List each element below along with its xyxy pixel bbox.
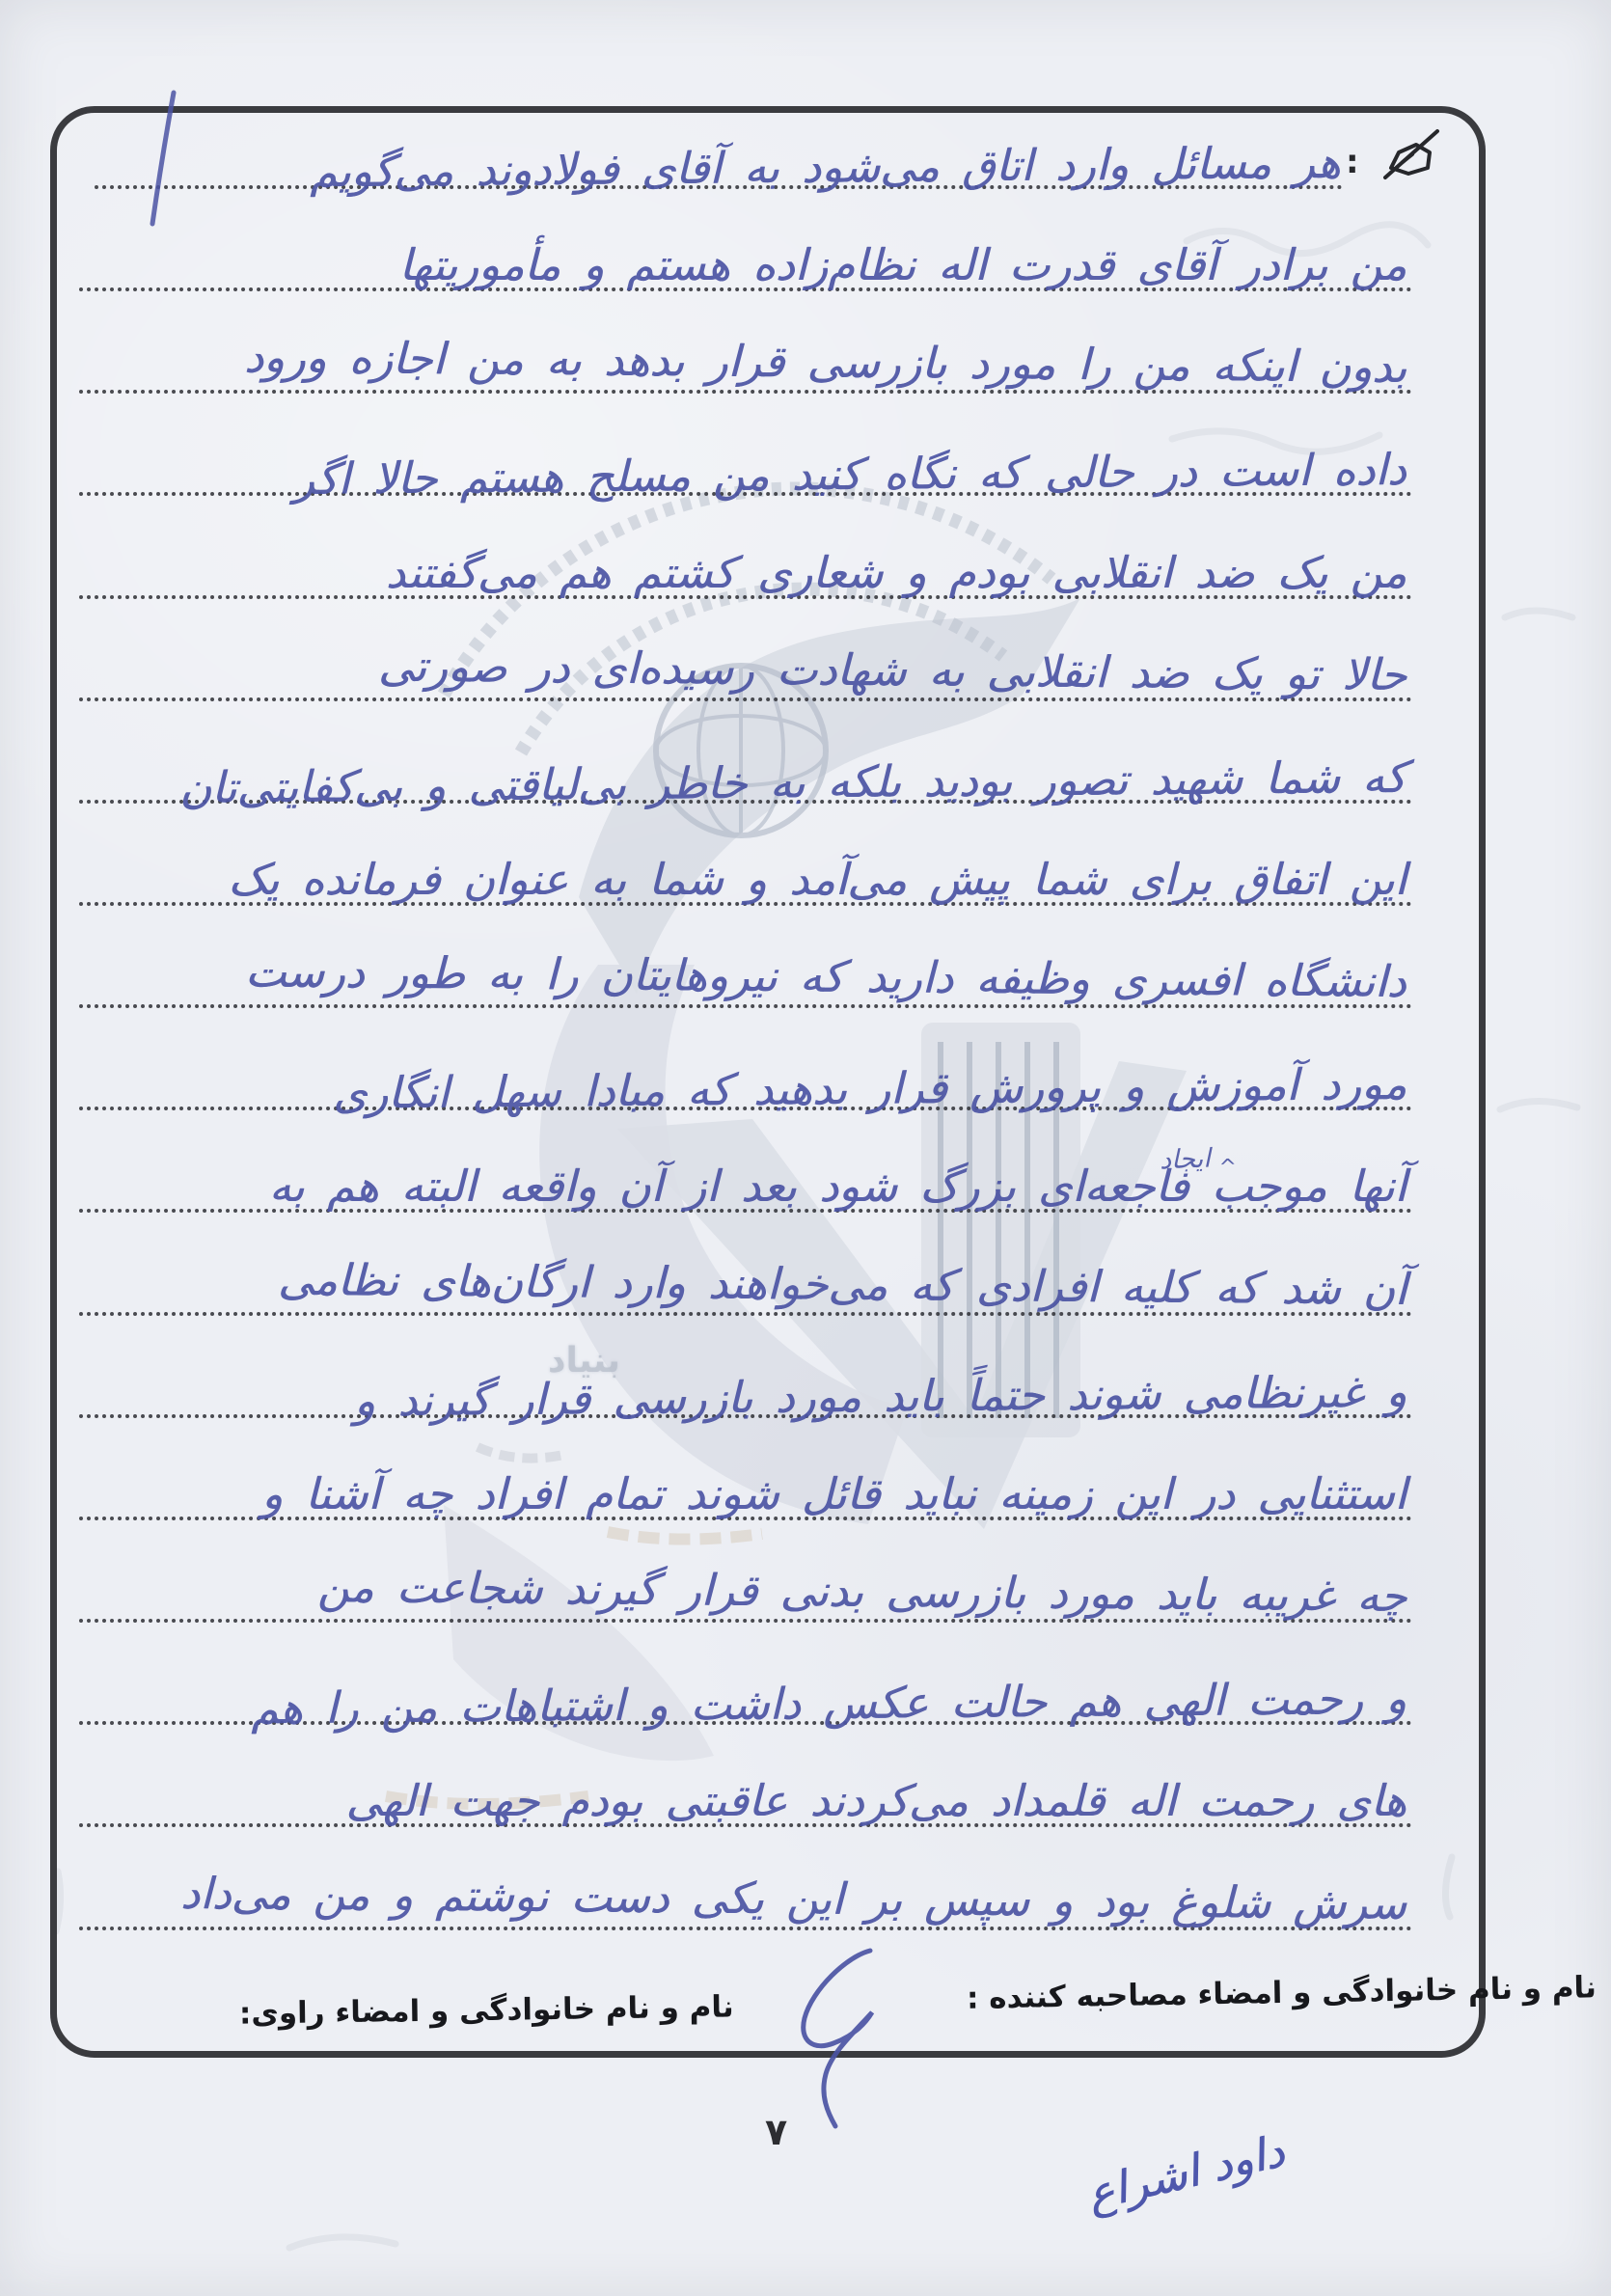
scanned-document-page: بنیاد : هر مسائل وارد اتاق می‌شود به آقا…: [0, 0, 1611, 2296]
interviewer-signature: [0, 0, 1611, 2296]
page-number: ۷: [765, 2111, 787, 2153]
